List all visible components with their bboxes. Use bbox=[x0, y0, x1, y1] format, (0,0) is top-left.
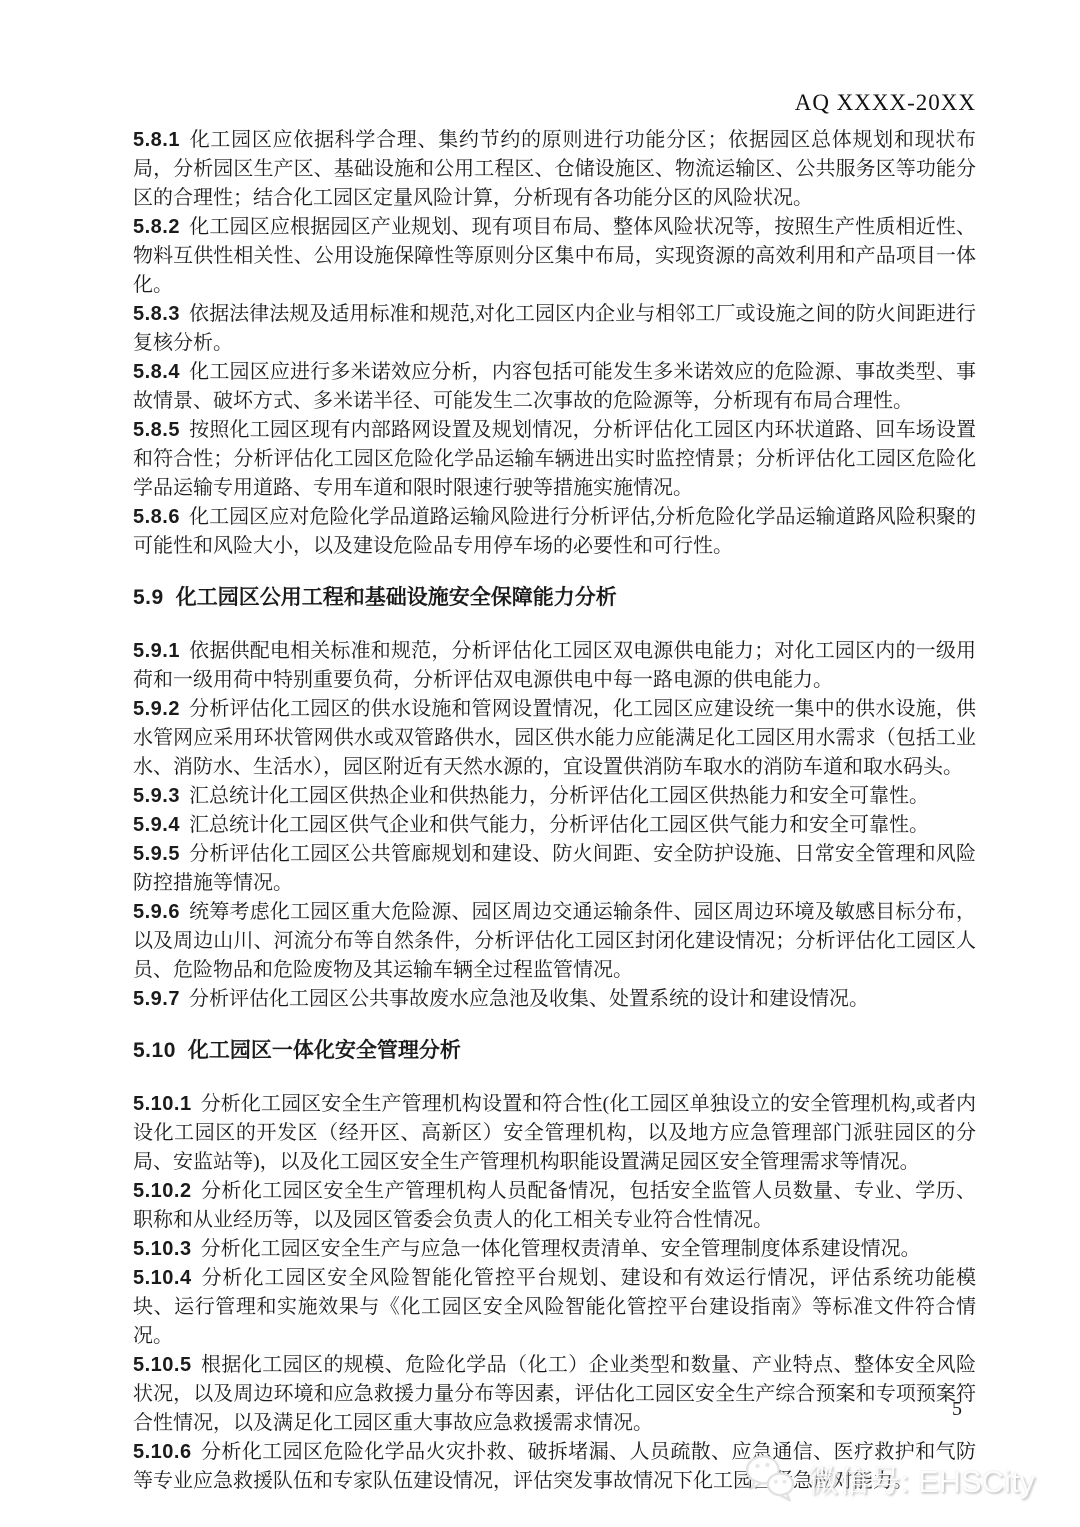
section-text: 汇总统计化工园区供热企业和供热能力，分析评估化工园区供热能力和安全可靠性。 bbox=[189, 785, 929, 807]
section-paragraph: 5.10.1分析化工园区安全生产管理机构设置和符合性(化工园区单独设立的安全管理… bbox=[133, 1090, 976, 1177]
section-text: 分析化工园区安全生产管理机构人员配备情况，包括安全监管人员数量、专业、学历、职称… bbox=[133, 1180, 976, 1231]
watermark-text: 微信号: EHSCity bbox=[808, 1456, 1035, 1501]
standard-code-header: AQ XXXX-20XX bbox=[795, 90, 976, 116]
section-text: 分析化工园区安全生产管理机构设置和符合性(化工园区单独设立的安全管理机构,或者内… bbox=[133, 1093, 976, 1173]
section-paragraph: 5.10.4分析化工园区安全风险智能化管控平台规划、建设和有效运行情况，评估系统… bbox=[133, 1264, 976, 1351]
section-number: 5.10.5 bbox=[133, 1354, 192, 1376]
section-paragraph: 5.10.2分析化工园区安全生产管理机构人员配备情况，包括安全监管人员数量、专业… bbox=[133, 1177, 976, 1235]
section-number: 5.8.1 bbox=[133, 129, 180, 151]
section-paragraph: 5.9.2分析评估化工园区的供水设施和管网设置情况，化工园区应建设统一集中的供水… bbox=[133, 695, 976, 782]
section-text: 化工园区应对危险化学品道路运输风险进行分析评估,分析危险化学品运输道路风险积聚的… bbox=[133, 506, 976, 557]
section-number: 5.9.2 bbox=[133, 698, 180, 720]
section-number: 5.10 bbox=[133, 1039, 176, 1062]
wechat-watermark: 微信号: EHSCity bbox=[744, 1452, 1035, 1504]
section-paragraph: 5.9.3汇总统计化工园区供热企业和供热能力，分析评估化工园区供热能力和安全可靠… bbox=[133, 782, 976, 811]
page-number: 5 bbox=[952, 1398, 962, 1421]
section-text: 分析化工园区安全生产与应急一体化管理权责清单、安全管理制度体系建设情况。 bbox=[201, 1238, 921, 1260]
section-number: 5.10.2 bbox=[133, 1180, 192, 1202]
section-text: 化工园区应根据园区产业规划、现有项目布局、整体风险状况等，按照生产性质相近性、物… bbox=[133, 216, 976, 296]
section-heading: 5.10化工园区一体化安全管理分析 bbox=[133, 1036, 976, 1065]
section-text: 分析评估化工园区的供水设施和管网设置情况，化工园区应建设统一集中的供水设施，供水… bbox=[133, 698, 976, 778]
section-paragraph: 5.8.2化工园区应根据园区产业规划、现有项目布局、整体风险状况等，按照生产性质… bbox=[133, 213, 976, 300]
section-text: 依据供配电相关标准和规范，分析评估化工园区双电源供电能力；对化工园区内的一级用荷… bbox=[133, 640, 976, 691]
section-number: 5.8.3 bbox=[133, 303, 180, 325]
section-text: 化工园区公用工程和基础设施安全保障能力分析 bbox=[176, 586, 617, 609]
section-number: 5.9.6 bbox=[133, 901, 180, 923]
section-number: 5.10.1 bbox=[133, 1093, 192, 1115]
section-number: 5.10.6 bbox=[133, 1441, 192, 1463]
section-number: 5.9.1 bbox=[133, 640, 180, 662]
section-text: 分析化工园区安全风险智能化管控平台规划、建设和有效运行情况，评估系统功能模块、运… bbox=[133, 1267, 976, 1347]
section-number: 5.9.5 bbox=[133, 843, 180, 865]
section-paragraph: 5.8.1化工园区应依据科学合理、集约节约的原则进行功能分区；依据园区总体规划和… bbox=[133, 126, 976, 213]
section-number: 5.9 bbox=[133, 586, 164, 609]
section-paragraph: 5.8.5按照化工园区现有内部路网设置及规划情况，分析评估化工园区内环状道路、回… bbox=[133, 416, 976, 503]
section-text: 化工园区应依据科学合理、集约节约的原则进行功能分区；依据园区总体规划和现状布局，… bbox=[133, 129, 976, 209]
section-text: 汇总统计化工园区供气企业和供气能力，分析评估化工园区供气能力和安全可靠性。 bbox=[189, 814, 929, 836]
section-number: 5.8.6 bbox=[133, 506, 180, 528]
section-number: 5.8.2 bbox=[133, 216, 180, 238]
section-paragraph: 5.8.3依据法律法规及适用标准和规范,对化工园区内企业与相邻工厂或设施之间的防… bbox=[133, 300, 976, 358]
section-text: 统筹考虑化工园区重大危险源、园区周边交通运输条件、园区周边环境及敏感目标分布，以… bbox=[133, 901, 976, 981]
section-text: 根据化工园区的规模、危险化学品（化工）企业类型和数量、产业特点、整体安全风险状况… bbox=[133, 1354, 976, 1434]
section-paragraph: 5.10.3分析化工园区安全生产与应急一体化管理权责清单、安全管理制度体系建设情… bbox=[133, 1235, 976, 1264]
section-text: 化工园区一体化安全管理分析 bbox=[188, 1039, 461, 1062]
section-paragraph: 5.9.7分析评估化工园区公共事故废水应急池及收集、处置系统的设计和建设情况。 bbox=[133, 985, 976, 1014]
section-number: 5.9.7 bbox=[133, 988, 180, 1010]
wechat-icon bbox=[744, 1452, 798, 1504]
section-paragraph: 5.9.1依据供配电相关标准和规范，分析评估化工园区双电源供电能力；对化工园区内… bbox=[133, 637, 976, 695]
section-paragraph: 5.9.4汇总统计化工园区供气企业和供气能力，分析评估化工园区供气能力和安全可靠… bbox=[133, 811, 976, 840]
document-body: 5.8.1化工园区应依据科学合理、集约节约的原则进行功能分区；依据园区总体规划和… bbox=[133, 126, 976, 1496]
section-number: 5.8.5 bbox=[133, 419, 180, 441]
section-heading: 5.9化工园区公用工程和基础设施安全保障能力分析 bbox=[133, 583, 976, 612]
section-text: 分析评估化工园区公共管廊规划和建设、防火间距、安全防护设施、日常安全管理和风险防… bbox=[133, 843, 976, 894]
section-text: 化工园区应进行多米诺效应分析，内容包括可能发生多米诺效应的危险源、事故类型、事故… bbox=[133, 361, 976, 412]
section-number: 5.8.4 bbox=[133, 361, 180, 383]
section-text: 分析评估化工园区公共事故废水应急池及收集、处置系统的设计和建设情况。 bbox=[189, 988, 869, 1010]
section-number: 5.9.4 bbox=[133, 814, 180, 836]
section-paragraph: 5.8.4化工园区应进行多米诺效应分析，内容包括可能发生多米诺效应的危险源、事故… bbox=[133, 358, 976, 416]
section-paragraph: 5.10.5根据化工园区的规模、危险化学品（化工）企业类型和数量、产业特点、整体… bbox=[133, 1351, 976, 1438]
section-number: 5.9.3 bbox=[133, 785, 180, 807]
document-page: AQ XXXX-20XX 5.8.1化工园区应依据科学合理、集约节约的原则进行功… bbox=[0, 0, 1080, 1527]
section-number: 5.10.4 bbox=[133, 1267, 192, 1289]
section-paragraph: 5.9.5分析评估化工园区公共管廊规划和建设、防火间距、安全防护设施、日常安全管… bbox=[133, 840, 976, 898]
section-text: 按照化工园区现有内部路网设置及规划情况，分析评估化工园区内环状道路、回车场设置和… bbox=[133, 419, 976, 499]
section-text: 依据法律法规及适用标准和规范,对化工园区内企业与相邻工厂或设施之间的防火间距进行… bbox=[133, 303, 976, 354]
section-paragraph: 5.8.6化工园区应对危险化学品道路运输风险进行分析评估,分析危险化学品运输道路… bbox=[133, 503, 976, 561]
section-paragraph: 5.9.6统筹考虑化工园区重大危险源、园区周边交通运输条件、园区周边环境及敏感目… bbox=[133, 898, 976, 985]
section-number: 5.10.3 bbox=[133, 1238, 192, 1260]
